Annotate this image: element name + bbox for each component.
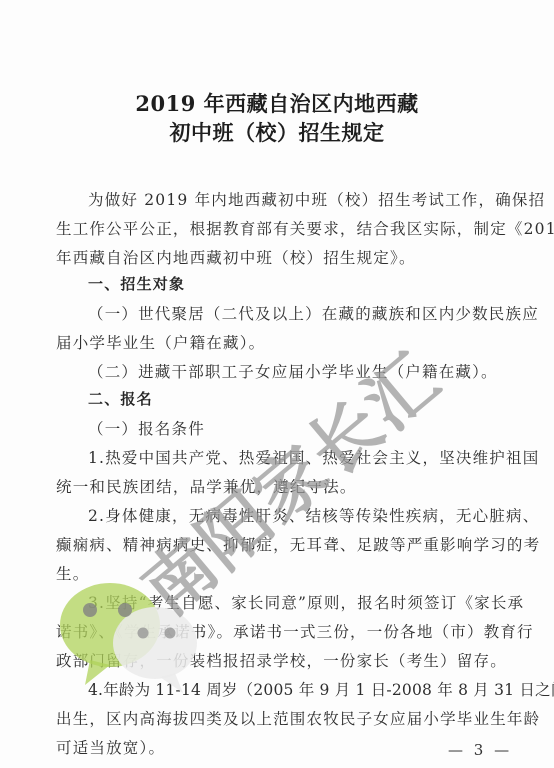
paragraph-line: 癫痫病、精神病病史、抑郁症，无耳聋、足跛等严重影响学习的考	[56, 533, 506, 555]
section-heading: 二、报名	[88, 388, 506, 409]
paragraph-line: 诺书》、《学生承诺书》。承诺书一式三份，一份各地（市）教育行	[56, 620, 506, 642]
paragraph-line: 出生，区内高海拔四类及以上范围农牧民子女应届小学毕业生年龄	[56, 707, 506, 729]
document-title-line1: 2019 年西藏自治区内地西藏	[0, 88, 554, 118]
paragraph-line: 统一和民族团结，品学兼优，遵纪守法。	[56, 475, 506, 497]
paragraph-line: 2.身体健康，无病毒性肝炎、结核等传染性疾病，无心脏病、	[88, 504, 506, 526]
page-number: — 3 —	[448, 741, 512, 759]
paragraph-line: 为做好 2019 年内地西藏初中班（校）招生考试工作，确保招	[88, 188, 506, 210]
document-title-line2: 初中班（校）招生规定	[0, 117, 554, 147]
paragraph-line: 4.年龄为 11-14 周岁（2005 年 9 月 1 日-2008 年 8 月…	[88, 678, 506, 700]
paragraph-line: （一）世代聚居（二代及以上）在藏的藏族和区内少数民族应	[88, 302, 506, 324]
paragraph-line: （二）进藏干部职工子女应届小学毕业生（户籍在藏）。	[88, 360, 506, 382]
paragraph-line: 生工作公平公正，根据教育部有关要求，结合我区实际，制定《2019	[56, 217, 506, 239]
paragraph-line: 生。	[56, 562, 506, 584]
paragraph-line: 政部门留存，一份装档报招录学校，一份家长（考生）留存。	[56, 649, 506, 671]
subsection-heading: （一）报名条件	[88, 417, 506, 439]
paragraph-line: 可适当放宽）。	[56, 736, 506, 758]
paragraph-line: 1.热爱中国共产党、热爱祖国、热爱社会主义，坚决维护祖国	[88, 446, 506, 468]
section-heading: 一、招生对象	[88, 273, 506, 294]
paragraph-line: 届小学毕业生（户籍在藏）。	[56, 331, 506, 353]
paragraph-line: 3.坚持“考生自愿、家长同意”原则，报名时须签订《家长承	[88, 591, 506, 613]
paragraph-line: 年西藏自治区内地西藏初中班（校）招生规定》。	[56, 246, 506, 268]
